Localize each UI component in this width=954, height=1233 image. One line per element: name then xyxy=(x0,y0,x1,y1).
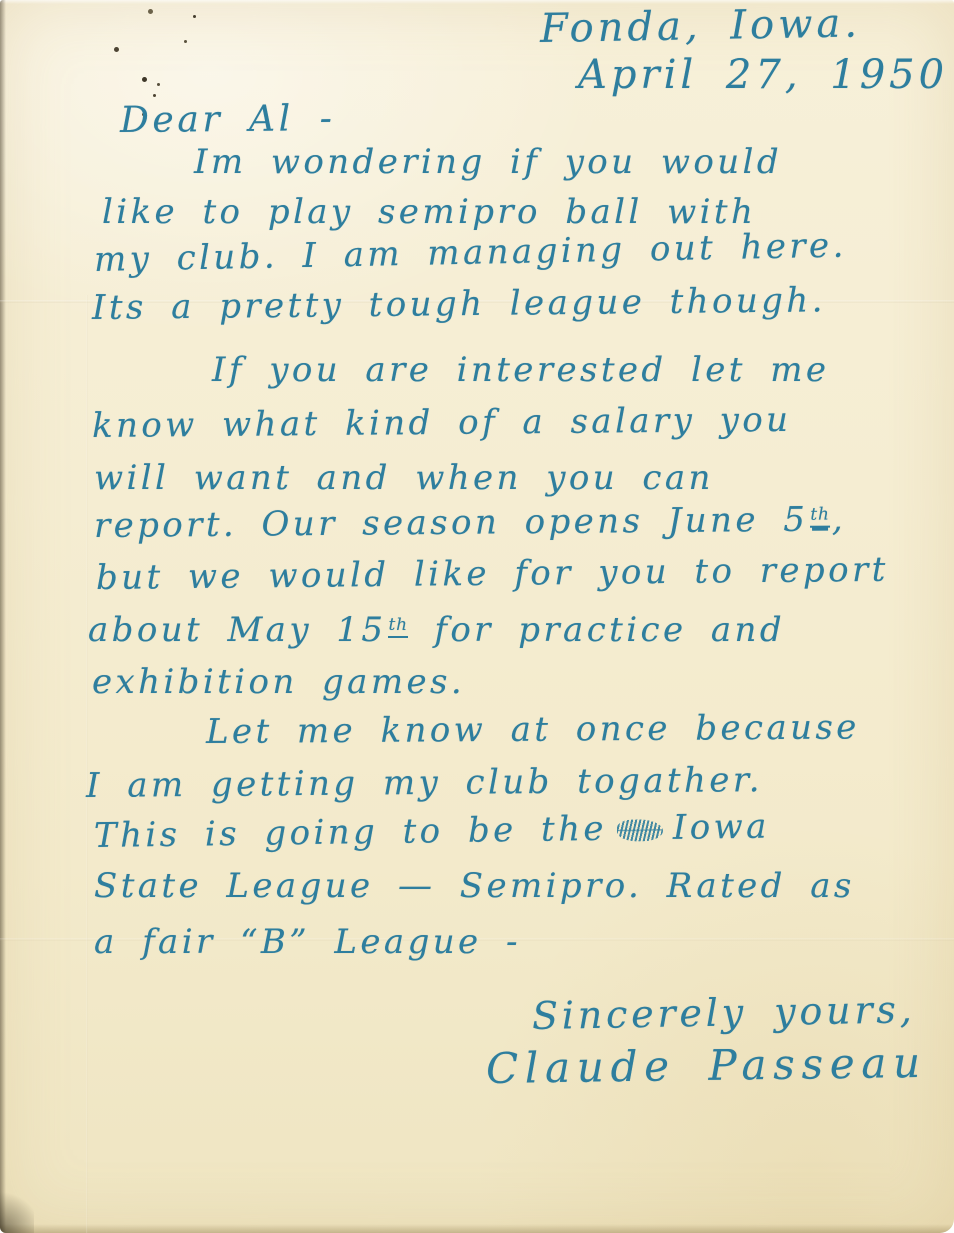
body-line-14-text: This is going to be the xyxy=(94,809,607,856)
body-line-11: exhibition games. xyxy=(92,662,465,702)
body-line-15: State League — Semipro. Rated as xyxy=(94,866,855,906)
body-line-8-tail: , xyxy=(832,499,847,539)
dateline-location: Fonda, Iowa. xyxy=(540,0,862,52)
body-line-7: will want and when you can xyxy=(94,458,714,498)
body-line-5: If you are interested let me xyxy=(212,350,829,390)
salutation: Dear Al - xyxy=(120,98,336,141)
scribbled-out-word xyxy=(617,819,663,842)
body-line-14: This is going to be theIowa xyxy=(94,807,770,856)
body-line-6: know what kind of a salary you xyxy=(92,400,792,446)
body-line-3: my club. I am managing out here. xyxy=(94,226,847,280)
body-line-14-tail: Iowa xyxy=(673,807,770,848)
body-line-4: Its a pretty tough league though. xyxy=(92,280,826,328)
ordinal-suffix: th xyxy=(810,505,830,528)
letter-page: Fonda, Iowa. April 27, 1950 Dear Al - Im… xyxy=(0,0,954,1233)
body-line-2: like to play semipro ball with xyxy=(102,192,756,232)
body-line-1: Im wondering if you would xyxy=(194,142,782,182)
paper-corner-shadow xyxy=(0,1187,34,1233)
fold-crease-left xyxy=(86,295,88,1233)
ordinal-suffix: th xyxy=(388,615,407,638)
body-line-9: but we would like for you to report xyxy=(96,550,889,598)
body-line-10-text: about May 15 xyxy=(88,610,386,650)
body-line-12: Let me know at once because xyxy=(206,707,860,752)
dateline-date: April 27, 1950 xyxy=(578,52,948,98)
closing: Sincerely yours, xyxy=(532,987,916,1038)
body-line-8: report. Our season opens June 5th, xyxy=(94,499,846,546)
paper-bottom-edge xyxy=(0,1224,954,1233)
body-line-13: I am getting my club togather. xyxy=(86,760,763,806)
body-line-10-tail: for practice and xyxy=(410,610,785,650)
body-line-10: about May 15th for practice and xyxy=(88,610,785,650)
paper-left-edge xyxy=(0,0,6,1233)
signature: Claude Passeau xyxy=(486,1038,928,1093)
body-line-16: a fair “B” League - xyxy=(94,922,521,962)
paper-speckles xyxy=(0,0,3,3)
body-line-8-text: report. Our season opens June 5 xyxy=(94,500,809,546)
